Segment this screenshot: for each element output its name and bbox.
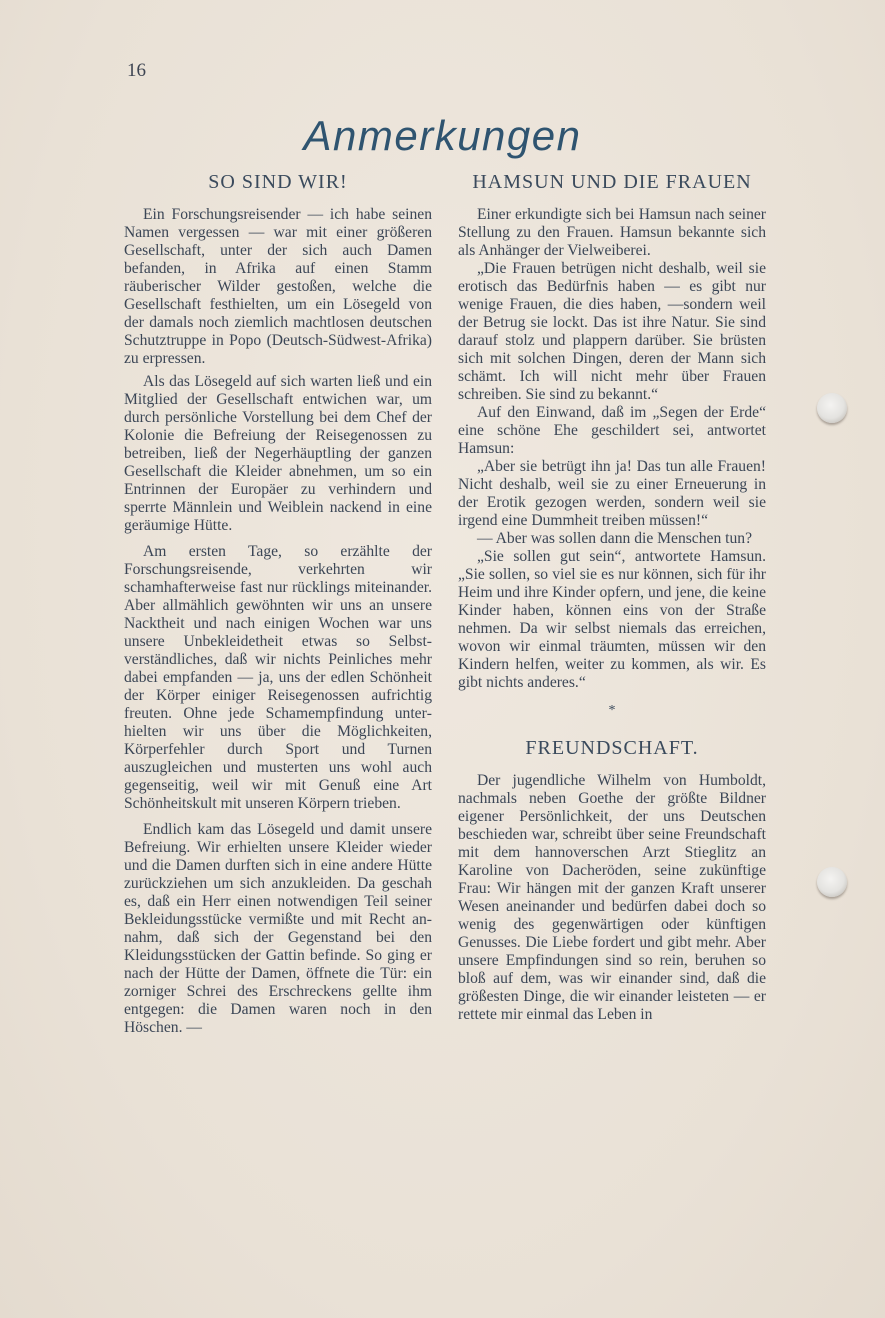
article-paragraph: Am ersten Tage, so erzählte der Forschun… xyxy=(124,543,432,813)
document-page: 16 Anmerkungen SO SIND WIR! Ein Forschun… xyxy=(0,0,885,1318)
article-paragraph: Der jugendliche Wilhelm von Hum­boldt, n… xyxy=(458,772,766,1024)
right-column: HAMSUN UND DIE FRAUEN Einer erkundigte s… xyxy=(458,170,766,1029)
article-paragraph: Endlich kam das Lösegeld und da­mit unse… xyxy=(124,821,432,1037)
article-paragraph: Als das Lösegeld auf sich warten ließ un… xyxy=(124,373,432,535)
left-column: SO SIND WIR! Ein Forschungsreisender — i… xyxy=(124,170,432,1042)
punch-hole xyxy=(817,867,847,897)
article-paragraph: „Die Frauen betrügen nicht deshalb, weil… xyxy=(458,260,766,404)
article-paragraph: „Sie sollen gut sein“, antwortete Hamsun… xyxy=(458,548,766,692)
article-paragraph: Auf den Einwand, daß im „Segen der Erde“… xyxy=(458,404,766,458)
article-paragraph: Ein Forschungsreisender — ich habe seine… xyxy=(124,206,432,368)
article-paragraph: Einer erkundigte sich bei Hamsun nach se… xyxy=(458,206,766,260)
asterisk-separator: * xyxy=(458,702,766,720)
punch-hole xyxy=(817,393,847,423)
section-heading-so-sind-wir: SO SIND WIR! xyxy=(124,170,432,194)
article-paragraph: — Aber was sollen dann die Menschen tun? xyxy=(458,530,766,548)
page-number: 16 xyxy=(127,60,146,82)
section-heading-freundschaft: FREUNDSCHAFT. xyxy=(454,736,770,760)
section-heading-hamsun: HAMSUN UND DIE FRAUEN xyxy=(454,170,770,194)
article-paragraph: „Aber sie betrügt ihn ja! Das tun alle F… xyxy=(458,458,766,530)
page-title: Anmerkungen xyxy=(0,112,885,160)
